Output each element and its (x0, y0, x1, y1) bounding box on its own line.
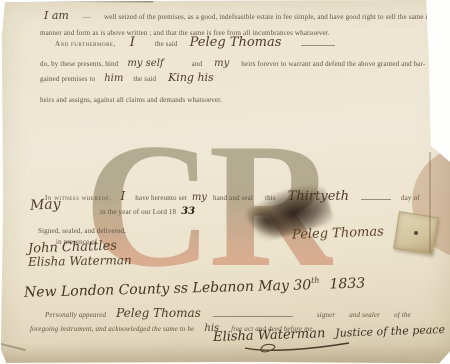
year-33-handwritten: 33 (181, 206, 195, 217)
furthermore-line: And furthermore, I the said Peleg Thomas (55, 33, 335, 51)
venue-superscript-th: th (311, 276, 320, 285)
furthermore-label: And furthermore, (55, 40, 116, 48)
grantor-name-handwritten: Peleg Thomas (190, 35, 282, 50)
elisha-waterman-signature: Elisha Waterman (28, 253, 132, 269)
handwritten-i-am: I am (44, 9, 69, 22)
may-handwritten: May (30, 196, 61, 214)
of-the-printed: of the (394, 311, 411, 319)
warranty-line-3: heirs and assigns, against all claims an… (40, 89, 222, 107)
king-handwritten: King his (168, 71, 214, 84)
bind-printed: do, by these presents, bind (40, 60, 118, 68)
signer-printed: signer (317, 311, 335, 319)
dash-glyph: — (83, 13, 90, 21)
my-handwritten: my (214, 58, 229, 69)
seal-center-dot (414, 231, 419, 236)
month-line: May (30, 195, 61, 215)
the-said-label: the said (155, 40, 178, 48)
paper-right-edge-crack (429, 152, 431, 252)
ack-fill-dash (213, 312, 293, 317)
justice-title-handwritten: Justice of the peace (335, 323, 445, 340)
him-handwritten: him (104, 73, 123, 84)
heirs-printed: heirs forever to warrant and defend the … (241, 60, 425, 68)
venue-handwritten-year: 1833 (329, 276, 365, 293)
sealer-printed: and sealer (349, 311, 380, 319)
peleg-thomas-signature: Peleg Thomas (292, 224, 384, 242)
paper-bottom-shadow (0, 344, 450, 364)
gained-printed: gained premises to (40, 75, 95, 83)
the-said-printed: the said (133, 75, 156, 83)
witness2-signature: Elisha Waterman (28, 251, 132, 271)
deed-document-scan: I am — well seized of the premises, as a… (0, 0, 450, 364)
year-printed: in the year of our Lord 18 (100, 208, 176, 216)
paper-top-edge-shadow (3, 0, 153, 2)
and-printed: and (192, 60, 203, 68)
wafer-seal (393, 211, 438, 255)
assigns-printed: heirs and assigns, against all claims an… (40, 96, 222, 104)
day-fill-dash (361, 195, 391, 200)
handwritten-pronoun-i: I (130, 35, 135, 50)
year-line: in the year of our Lord 18 33 (100, 201, 195, 219)
grantor-signature-line: Peleg Thomas (292, 222, 384, 243)
warranty-line-2: gained premises to him the said King his (40, 68, 214, 86)
printed-seized-text: well seized of the premises, as a good, … (104, 13, 431, 21)
foregoing-printed: foregoing instrument, and acknowledged t… (30, 325, 194, 333)
fill-dash (301, 41, 335, 46)
day-of-printed: day of (401, 194, 420, 202)
